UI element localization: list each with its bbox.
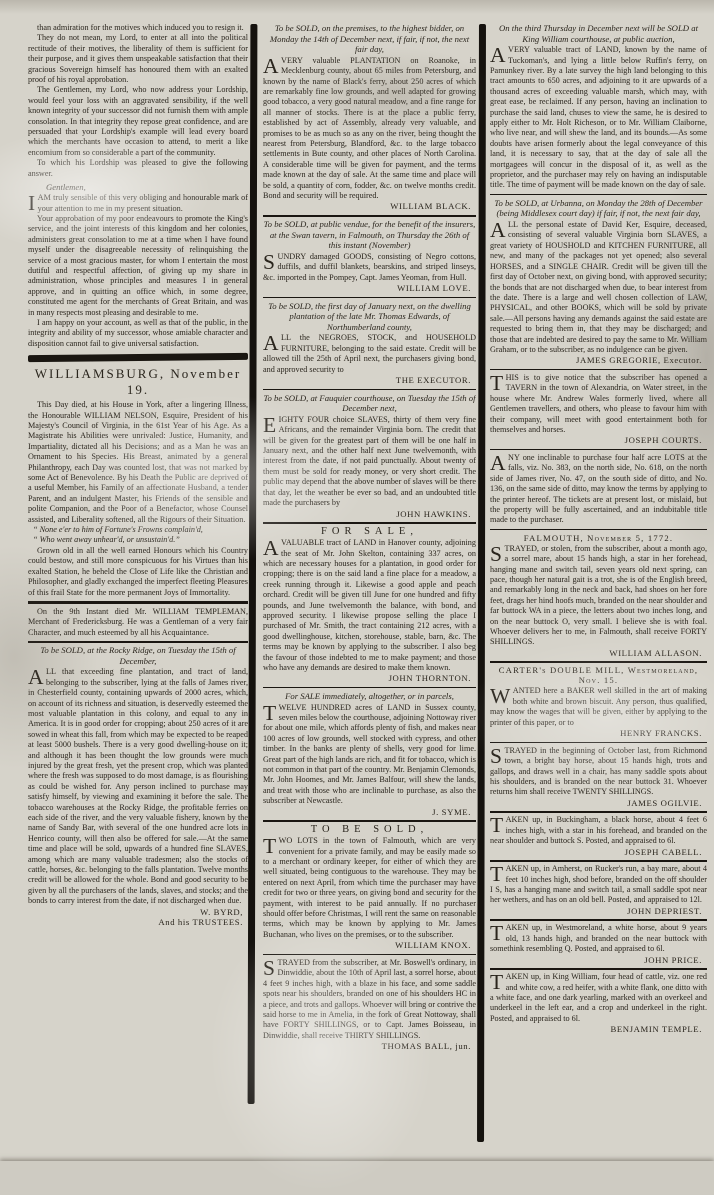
article-paragraph: ALL that exceeding fine plantation, and … — [28, 667, 248, 906]
article: Gentlemen,IAM truly sensible of this ver… — [28, 182, 248, 349]
article-paragraph: AVALUABLE tract of LAND in Hanover count… — [263, 538, 476, 673]
drop-cap: E — [263, 415, 279, 435]
paragraph-text: VERY valuable tract of LAND, known by th… — [490, 45, 707, 189]
article-paragraph: THIS is to give notice that the subscrib… — [490, 373, 707, 435]
article: On the 9th Instant died Mr. WILLIAM TEMP… — [28, 607, 248, 638]
article-divider — [263, 687, 476, 689]
drop-cap: T — [490, 373, 506, 393]
article-signature: J. SYME. — [263, 807, 476, 818]
article-divider — [263, 297, 476, 299]
newspaper-page: than admiration for the motives which in… — [0, 0, 714, 1195]
column-1: than admiration for the motives which in… — [28, 22, 248, 1022]
article-paragraph: TAKEN up, in Amherst, on Rucker's run, a… — [490, 864, 707, 906]
article-divider — [263, 389, 476, 391]
article-intro: To be SOLD, at Fauquier courthouse, on T… — [263, 393, 476, 414]
article-divider — [490, 968, 707, 970]
article-signature: And his TRUSTEES. — [28, 917, 248, 928]
article: WILLIAMSBURG, November 19.This Day died,… — [28, 366, 248, 598]
drop-cap: A — [490, 45, 508, 65]
article-paragraph: “ Who went away unhear'd, or unsustain'd… — [28, 535, 248, 545]
article: To be SOLD, at Fauquier courthouse, on T… — [263, 393, 476, 519]
article-heading: WILLIAMSBURG, November 19. — [28, 366, 248, 398]
article: than admiration for the motives which in… — [28, 23, 248, 179]
article-divider — [28, 353, 248, 362]
article-paragraph: ALL the NEGROES, STOCK, and HOUSEHOLD FU… — [263, 333, 476, 375]
article: TAKEN up, in Westmoreland, a white horse… — [490, 923, 707, 965]
article-divider — [490, 919, 707, 921]
article-intro: To be SOLD, at Urbanna, on Monday the 28… — [490, 198, 707, 219]
article: To be SOLD, at Urbanna, on Monday the 28… — [490, 198, 707, 366]
article-paragraph: The Gentlemen, my Lord, who now address … — [28, 85, 248, 158]
article: To be SOLD, at the Rocky Ridge, on Tuesd… — [28, 645, 248, 928]
paragraph-text: AKEN up, in Amherst, on Rucker's run, a … — [490, 864, 707, 904]
article: To be SOLD, on the premises, to the high… — [263, 23, 476, 212]
article-signature: WILLIAM BLACK. — [263, 201, 476, 212]
article-signature: WILLIAM KNOX. — [263, 940, 476, 951]
article-intro: To be SOLD, the first day of January nex… — [263, 301, 476, 333]
article-signature: JOSEPH COURTS. — [490, 435, 707, 446]
column-rule-2 — [477, 24, 486, 1142]
paragraph-text: TRAYED, or stolen, from the subscriber, … — [490, 544, 707, 647]
article-intro: To be SOLD, at public vendue, for the be… — [263, 219, 476, 251]
article-paragraph: “ None e'er to him of Fortune's Frowns c… — [28, 525, 248, 535]
article-paragraph: TAKEN up, in Buckingham, a black horse, … — [490, 815, 707, 846]
article-paragraph: EIGHTY FOUR choice SLAVES, thirty of the… — [263, 415, 476, 509]
paragraph-text: WELVE HUNDRED acres of LAND in Sussex co… — [263, 703, 476, 806]
article: THIS is to give notice that the subscrib… — [490, 373, 707, 446]
article: TO BE SOLD,TWO LOTS in the town of Falmo… — [263, 824, 476, 951]
drop-cap: A — [28, 667, 46, 687]
article: To be SOLD, at public vendue, for the be… — [263, 219, 476, 294]
drop-cap: S — [263, 958, 277, 978]
drop-cap: S — [490, 544, 504, 564]
article-paragraph: STRAYED from the subscriber, at Mr. Bosw… — [263, 958, 476, 1041]
article-signature: JOHN PRICE. — [490, 955, 707, 966]
article-salutation: Gentlemen, — [28, 182, 248, 193]
article: STRAYED in the beginning of October last… — [490, 746, 707, 809]
paragraph-text: VALUABLE tract of LAND in Hanover county… — [263, 538, 476, 672]
article-paragraph: than admiration for the motives which in… — [28, 23, 248, 33]
article: To be SOLD, the first day of January nex… — [263, 301, 476, 386]
paragraph-text: IGHTY FOUR choice SLAVES, thirty of them… — [263, 415, 476, 507]
paragraph-text: ANTED here a BAKER well skilled in the a… — [490, 686, 707, 726]
article-intro: On the third Thursday in December next w… — [490, 23, 707, 44]
paragraph-text: AKEN up, in King William, four head of c… — [490, 972, 707, 1023]
article-paragraph: ALL the personal estate of David Ker, Es… — [490, 220, 707, 355]
article-paragraph: I am happy on your account, as well as t… — [28, 318, 248, 349]
article-divider — [490, 811, 707, 813]
article-signature: JAMES GREGORIE, Executor. — [490, 355, 707, 366]
article-signature: THE EXECUTOR. — [263, 375, 476, 386]
drop-cap: A — [490, 453, 508, 473]
article-paragraph: ANY one inclinable to purchase four half… — [490, 453, 707, 526]
drop-cap: T — [490, 815, 506, 835]
article: CARTER's DOUBLE MILL, Westmoreland, Nov.… — [490, 665, 707, 738]
paragraph-text: AKEN up, in Buckingham, a black horse, a… — [490, 815, 707, 845]
article-signature: JOHN THORNTON. — [263, 673, 476, 684]
article-signature: BENJAMIN TEMPLE. — [490, 1024, 707, 1035]
column-2: To be SOLD, on the premises, to the high… — [263, 22, 476, 1147]
column-rule-1 — [248, 24, 258, 1104]
article: ANY one inclinable to purchase four half… — [490, 453, 707, 526]
article-signature: JAMES OGILVIE. — [490, 798, 707, 809]
paragraph-text: AM truly sensible of this very obliging … — [38, 193, 248, 212]
paragraph-text: HIS is to give notice that the subscribe… — [490, 373, 707, 434]
article-divider — [263, 522, 476, 524]
article-paragraph: Your approbation of my poor endeavours t… — [28, 214, 248, 318]
article-paragraph: TWELVE HUNDRED acres of LAND in Sussex c… — [263, 703, 476, 807]
article-paragraph: TAKEN up, in Westmoreland, a white horse… — [490, 923, 707, 954]
paragraph-text: NY one inclinable to purchase four half … — [490, 453, 707, 524]
article: TAKEN up, in Amherst, on Rucker's run, a… — [490, 864, 707, 916]
article: FOR SALE,AVALUABLE tract of LAND in Hano… — [263, 526, 476, 684]
drop-cap: A — [490, 220, 508, 240]
article-divider — [490, 860, 707, 862]
drop-cap: T — [490, 972, 506, 992]
article-paragraph: AVERY valuable PLANTATION on Roanoke, in… — [263, 56, 476, 202]
article-intro: To be SOLD, at the Rocky Ridge, on Tuesd… — [28, 645, 248, 666]
drop-cap: T — [490, 864, 506, 884]
article-paragraph: On the 9th Instant died Mr. WILLIAM TEMP… — [28, 607, 248, 638]
article-paragraph: They do not mean, my Lord, to enter at a… — [28, 33, 248, 85]
article-paragraph: This Day died, at his House in York, aft… — [28, 400, 248, 525]
article-signature: HENRY FRANCKS. — [490, 728, 707, 739]
drop-cap: I — [28, 193, 38, 213]
article-paragraph: AVERY valuable tract of LAND, known by t… — [490, 45, 707, 191]
article-divider — [490, 369, 707, 371]
article-divider — [490, 449, 707, 451]
article-paragraph: IAM truly sensible of this very obliging… — [28, 193, 248, 214]
article-paragraph: STRAYED, or stolen, from the subscriber,… — [490, 544, 707, 648]
article-signature: JOSEPH CABELL. — [490, 847, 707, 858]
paragraph-text: LL that exceeding fine plantation, and t… — [28, 667, 248, 905]
article-heading: CARTER's DOUBLE MILL, Westmoreland, Nov.… — [490, 665, 707, 685]
article-divider — [490, 529, 707, 531]
drop-cap: A — [263, 538, 281, 558]
drop-cap: S — [490, 746, 504, 766]
article-divider — [28, 601, 248, 604]
drop-cap: A — [263, 56, 281, 76]
article: STRAYED from the subscriber, at Mr. Bosw… — [263, 958, 476, 1052]
article-heading: TO BE SOLD, — [263, 824, 476, 835]
article-divider — [263, 954, 476, 956]
article-divider — [263, 215, 476, 217]
article-signature: WILLIAM LOVE. — [263, 283, 476, 294]
article-signature: THOMAS BALL, jun. — [263, 1041, 476, 1052]
article-paragraph: SUNDRY damaged GOODS, consisting of Negr… — [263, 252, 476, 283]
paragraph-text: VERY valuable PLANTATION on Roanoke, in … — [263, 56, 476, 200]
drop-cap: T — [263, 836, 279, 856]
article-intro: To be SOLD, on the premises, to the high… — [263, 23, 476, 55]
article-paragraph: Grown old in all the well earned Honours… — [28, 546, 248, 598]
article: TAKEN up, in Buckingham, a black horse, … — [490, 815, 707, 857]
article: FALMOUTH, November 5, 1772.STRAYED, or s… — [490, 533, 707, 659]
article-divider — [28, 641, 248, 643]
article-signature: JOHN DEPRIEST. — [490, 906, 707, 917]
paragraph-text: LL the NEGROES, STOCK, and HOUSEHOLD FUR… — [263, 333, 476, 373]
article-heading: FOR SALE, — [263, 526, 476, 537]
paragraph-text: LL the personal estate of David Ker, Esq… — [490, 220, 707, 354]
article-paragraph: TWO LOTS in the town of Falmouth, which … — [263, 836, 476, 940]
article: TAKEN up, in King William, four head of … — [490, 972, 707, 1035]
article-paragraph: STRAYED in the beginning of October last… — [490, 746, 707, 798]
article-paragraph: TAKEN up, in King William, four head of … — [490, 972, 707, 1024]
paragraph-text: TRAYED from the subscriber, at Mr. Boswe… — [263, 958, 476, 1040]
article-divider — [263, 820, 476, 822]
drop-cap: S — [263, 252, 277, 272]
drop-cap: T — [490, 923, 506, 943]
article-divider — [490, 742, 707, 744]
article-intro: For SALE immediately, altogether, or in … — [263, 691, 476, 702]
article: On the third Thursday in December next w… — [490, 23, 707, 191]
paragraph-text: WO LOTS in the town of Falmouth, which a… — [263, 836, 476, 939]
article-heading: FALMOUTH, November 5, 1772. — [490, 533, 707, 543]
article-signature: JOHN HAWKINS. — [263, 509, 476, 520]
article-divider — [490, 661, 707, 663]
article-signature: W. BYRD, — [28, 907, 248, 918]
article-paragraph: To which his Lordship was pleased to giv… — [28, 158, 248, 179]
drop-cap: A — [263, 333, 281, 353]
article-signature: WILLIAM ALLASON. — [490, 648, 707, 659]
column-3: On the third Thursday in December next w… — [490, 22, 707, 1127]
drop-cap: T — [263, 703, 279, 723]
paragraph-text: TRAYED in the beginning of October last,… — [490, 746, 707, 797]
drop-cap: W — [490, 686, 513, 706]
paragraph-text: AKEN up, in Westmoreland, a white horse,… — [490, 923, 707, 953]
paragraph-text: UNDRY damaged GOODS, consisting of Negro… — [263, 252, 476, 282]
torn-bottom-edge — [0, 1161, 714, 1195]
article-paragraph: WANTED here a BAKER well skilled in the … — [490, 686, 707, 728]
article-divider — [490, 194, 707, 196]
article: For SALE immediately, altogether, or in … — [263, 691, 476, 817]
